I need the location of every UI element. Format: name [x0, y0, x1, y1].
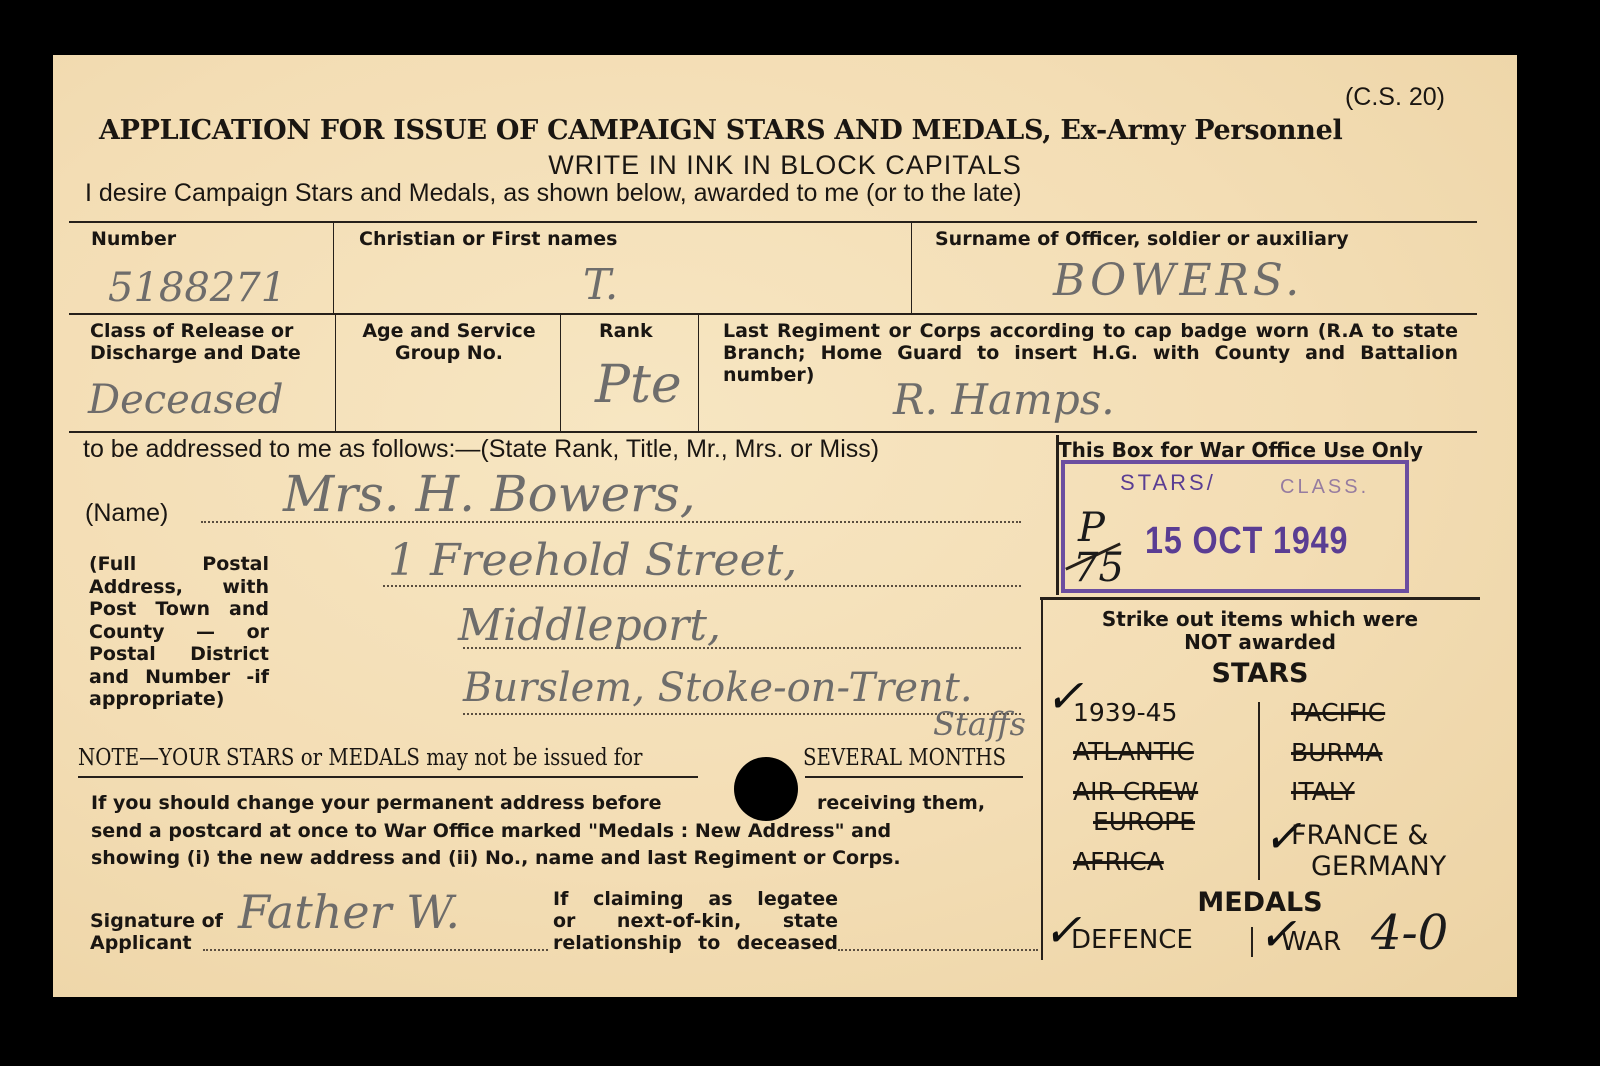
divider [333, 221, 334, 313]
note-right: SEVERAL MONTHS [803, 745, 1006, 771]
note-line-3: showing (i) the new address and (ii) No.… [91, 847, 901, 869]
surname-field[interactable]: BOWERS. [1053, 255, 1303, 306]
divider [69, 431, 1477, 433]
form-instruction: WRITE IN INK IN BLOCK CAPITALS [53, 150, 1517, 181]
star-france-germany-2[interactable]: GERMANY [1311, 851, 1446, 882]
signature-field[interactable]: Father W. [238, 885, 460, 939]
label-line: Class of Release or [90, 320, 301, 342]
stars-heading: STARS [1043, 658, 1477, 689]
class-of-release-label: Class of Release or Discharge and Date [90, 320, 301, 364]
form-code: (C.S. 20) [1345, 83, 1445, 112]
awards-instruction: Strike out items which were NOT awarded [1043, 608, 1477, 654]
relationship-line[interactable] [838, 949, 1038, 951]
war-office-heading: This Box for War Office Use Only [1058, 439, 1423, 461]
address-field-1[interactable]: 1 Freehold Street, [388, 535, 797, 586]
medals-divider [1251, 927, 1253, 957]
first-names-field[interactable]: T. [583, 260, 618, 309]
form-intro: I desire Campaign Stars and Medals, as s… [85, 179, 1022, 208]
medal-war[interactable]: WAR [1281, 927, 1341, 957]
divider [69, 313, 1477, 315]
rank-label: Rank [599, 320, 653, 342]
ref-denominator: 75 [1073, 545, 1124, 591]
note-underline [78, 776, 698, 778]
star-burma[interactable]: BURMA [1291, 738, 1383, 767]
signature-label: Signature of Applicant [90, 910, 223, 954]
address-field-2[interactable]: Middleport, [458, 600, 721, 651]
first-names-label: Christian or First names [359, 228, 617, 250]
star-air-crew[interactable]: AIR CREW [1073, 777, 1198, 806]
note-left: NOTE—YOUR STARS or MEDALS may not be iss… [78, 745, 642, 771]
label-line: Strike out items which were [1043, 608, 1477, 631]
star-france-germany[interactable]: FRANCE & [1291, 820, 1428, 851]
star-1939-45[interactable]: 1939-45 [1073, 698, 1177, 727]
regiment-field[interactable]: R. Hamps. [893, 375, 1115, 424]
note-line-2: send a postcard at once to War Office ma… [91, 820, 891, 842]
number-label: Number [91, 228, 176, 250]
stamp-stars-text: STARS/ [1120, 470, 1216, 496]
divider [560, 313, 561, 431]
label-line: If claiming as legatee [553, 888, 838, 910]
medal-application-card: (C.S. 20) APPLICATION FOR ISSUE OF CAMPA… [53, 55, 1517, 997]
stars-column-divider [1258, 702, 1260, 880]
label-line: or next-of-kin, state [553, 910, 838, 932]
annotation: 4-0 [1371, 905, 1448, 961]
divider [698, 313, 699, 431]
signature-line [203, 949, 548, 951]
address-field-3[interactable]: Burslem, Stoke-on-Trent. [463, 665, 973, 711]
divider [911, 221, 912, 313]
divider [69, 221, 1477, 223]
address-heading: to be addressed to me as follows:—(State… [83, 435, 879, 464]
age-service-group-label: Age and Service Group No. [349, 320, 549, 364]
rank-field[interactable]: Pte [595, 355, 682, 415]
divider [335, 313, 336, 431]
star-atlantic[interactable]: ATLANTIC [1073, 737, 1194, 766]
stamp-date: 15 OCT 1949 [1145, 520, 1348, 563]
label-line: relationship to deceased [553, 932, 838, 954]
number-field[interactable]: 5188271 [108, 265, 286, 311]
note-underline [805, 776, 1023, 778]
star-africa[interactable]: AFRICA [1073, 847, 1164, 876]
label-line: Discharge and Date [90, 342, 301, 364]
form-title: APPLICATION FOR ISSUE OF CAMPAIGN STARS … [99, 115, 1479, 146]
divider [1040, 597, 1480, 600]
legatee-label: If claiming as legatee or next-of-kin, s… [553, 888, 838, 954]
label-line: Group No. [349, 342, 549, 364]
star-europe[interactable]: EUROPE [1093, 807, 1195, 836]
label-line: NOT awarded [1043, 631, 1477, 654]
label-line: Age and Service [349, 320, 549, 342]
surname-label: Surname of Officer, soldier or auxiliary [935, 228, 1349, 250]
medal-defence[interactable]: DEFENCE [1071, 925, 1193, 955]
note-line-1-right: receiving them, [817, 792, 985, 814]
address-field-4[interactable]: Staffs [933, 705, 1026, 743]
punch-hole [734, 757, 798, 821]
star-italy[interactable]: ITALY [1291, 777, 1355, 806]
star-pacific[interactable]: PACIFIC [1291, 698, 1385, 727]
postal-address-label: (Full Postal Address, with Post Town and… [89, 553, 269, 711]
label-line: Signature of [90, 910, 223, 932]
name-label: (Name) [85, 499, 168, 528]
name-field[interactable]: Mrs. H. Bowers, [283, 465, 696, 523]
note-line-1-left: If you should change your permanent addr… [91, 792, 662, 814]
class-of-release-field[interactable]: Deceased [88, 377, 283, 423]
stamp-class-text: CLASS. [1280, 476, 1369, 499]
